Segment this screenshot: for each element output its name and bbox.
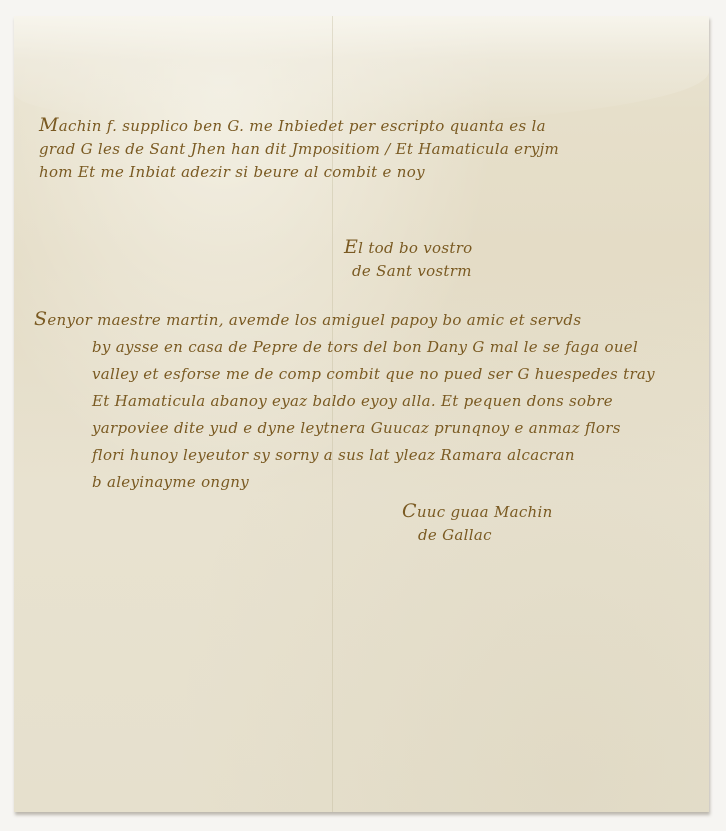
body-text: Senyor maestre martin, avemde los amigue… — [34, 306, 655, 496]
signature-line: de Gallac — [402, 524, 553, 547]
body-line: flori hunoy leyeutor sy sorny a sus lat … — [34, 442, 655, 469]
manuscript-sheet: Machin f. supplico ben G. me Inbiedet pe… — [14, 16, 709, 812]
water-stain — [14, 16, 709, 126]
heading-line: grad G les de Sant Jhen han dit Jmpositi… — [39, 138, 559, 161]
body-line: by aysse en casa de Pepre de tors del bo… — [34, 334, 655, 361]
body-line: b aleyinayme ongny — [34, 469, 655, 496]
address-text: El tod bo vostro de Sant vostrm — [344, 236, 473, 283]
body-line: Senyor maestre martin, avemde los amigue… — [34, 306, 655, 334]
heading-line: Machin f. supplico ben G. me Inbiedet pe… — [39, 114, 559, 138]
heading-text: Machin f. supplico ben G. me Inbiedet pe… — [39, 114, 559, 184]
signature-text: Cuuc guaa Machin de Gallac — [402, 500, 553, 547]
signature-line: Cuuc guaa Machin — [402, 500, 553, 524]
body-line: Et Hamaticula abanoy eyaz baldo eyoy all… — [34, 388, 655, 415]
heading-line: hom Et me Inbiat adezir si beure al comb… — [39, 161, 559, 184]
body-line: yarpoviee dite yud e dyne leytnera Guuca… — [34, 415, 655, 442]
address-line: de Sant vostrm — [344, 260, 473, 283]
address-line: El tod bo vostro — [344, 236, 473, 260]
body-line: valley et esforse me de comp combit que … — [34, 361, 655, 388]
